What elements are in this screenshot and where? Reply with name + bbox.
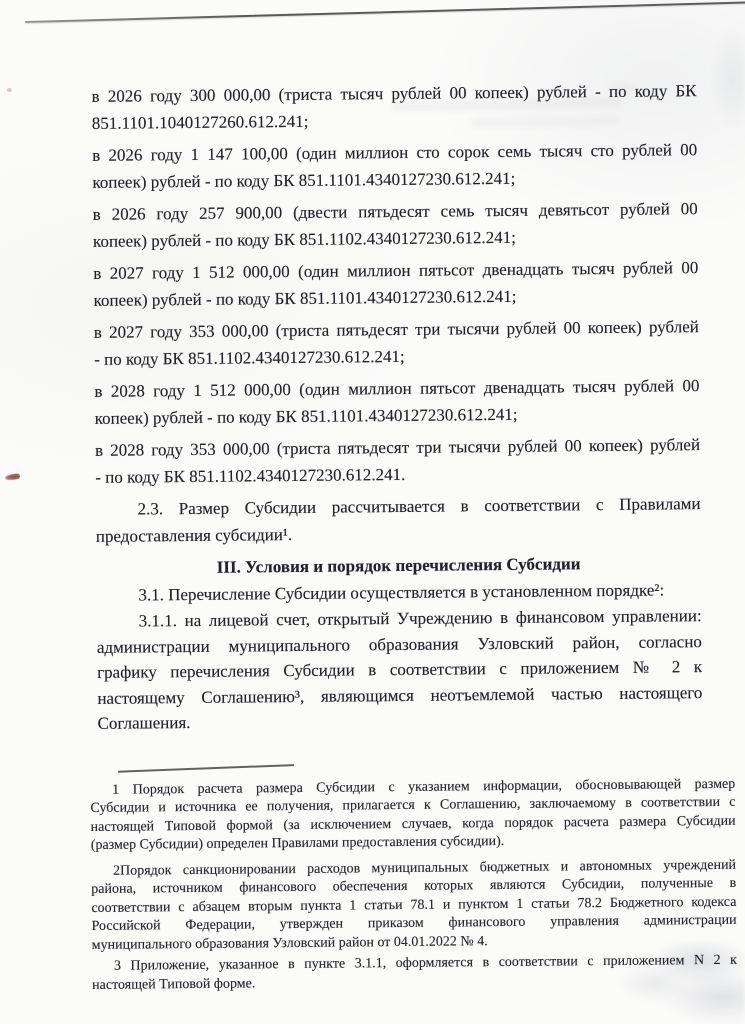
clause-amount-2028-1512000: в 2028 году 1 512 000,00 (один миллион п…	[94, 372, 699, 432]
clause-amount-2026-257900: в 2026 году 257 900,00 (двести пятьдесят…	[93, 195, 698, 255]
footnotes-block: 1 Порядок расчета размера Субсидии с ука…	[90, 775, 737, 995]
scanned-document-page: в 2026 году 300 000,00 (триста тысяч руб…	[0, 0, 745, 1024]
red-speck	[7, 88, 12, 92]
clause-amount-2027-353000: в 2027 году 353 000,00 (триста пятьдесят…	[94, 313, 699, 373]
scan-page-edge-line	[25, 1, 745, 23]
footnote-separator	[118, 764, 294, 773]
clause-2-3-subsidy-size: 2.3. Размер Субсидии рассчитывается в со…	[95, 490, 700, 550]
clause-amount-2026-300000: в 2026 году 300 000,00 (триста тысяч руб…	[91, 77, 696, 137]
footnote-3: 3 Приложение, указанное в пункте 3.1.1, …	[92, 952, 737, 995]
footnote-1: 1 Порядок расчета размера Субсидии с ука…	[90, 775, 736, 855]
red-pen-mark	[5, 473, 21, 481]
clause-amount-2026-1147100: в 2026 году 1 147 100,00 (один миллион с…	[92, 136, 697, 196]
footnote-2: 2Порядок санкционировании расходов муниц…	[91, 856, 737, 955]
clause-3-1-1-personal-account: 3.1.1. на лицевой счет, открытый Учрежде…	[97, 603, 703, 736]
document-content: в 2026 году 300 000,00 (триста тысяч руб…	[91, 77, 705, 1002]
clause-amount-2027-1512000: в 2027 году 1 512 000,00 (один миллион п…	[93, 254, 698, 314]
clause-amount-2028-353000: в 2028 году 353 000,00 (триста пятьдесят…	[95, 431, 700, 491]
